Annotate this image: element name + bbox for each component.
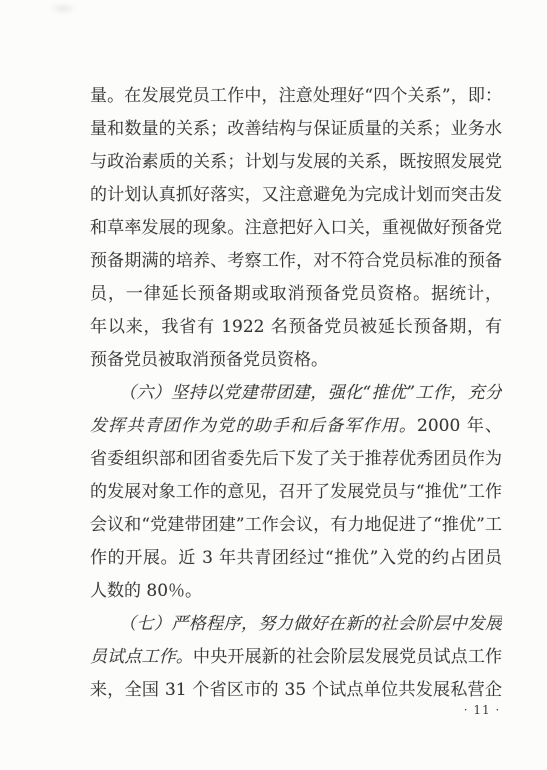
- text-line: 的计划认真抓好落实，又注意避免为完成计划而突击发展: [90, 179, 502, 212]
- line-text: 预备党员被取消预备党员资格。: [90, 350, 328, 370]
- text-line: 作的开展。近 3 年共青团经过“推优”入党的约占团员入党: [90, 542, 502, 575]
- line-text: 的计划认真抓好落实，又注意避免为完成计划而突击发展: [90, 185, 502, 212]
- text-line: 的发展对象工作的意见，召开了发展党员与“推优”工作: [90, 476, 502, 509]
- emphasis-text: （六）坚持以党建带团建，强化“推优”工作，充分: [119, 383, 502, 403]
- text-line: 员，一律延长预备期或取消预备党员资格。据统计，2001: [90, 278, 502, 311]
- text-line: 量。在发展党员工作中，注意处理好“四个关系”，即：质: [90, 80, 502, 113]
- text-line: 发挥共青团作为党的助手和后备军作用。2000 年、2002 年: [90, 410, 502, 443]
- scan-smudge: [48, 2, 78, 15]
- text-line: 预备期满的培养、考察工作，对不符合党员标准的预备党: [90, 245, 502, 278]
- page-number: · 11 ·: [452, 703, 512, 718]
- text-line: 与政治素质的关系；计划与发展的关系，既按照发展党员: [90, 146, 502, 179]
- line-text: 的发展对象工作的意见，召开了发展党员与“推优”工作: [90, 482, 502, 502]
- text-line: 会议和“党建带团建”工作会议，有力地促进了“推优”工: [90, 509, 502, 542]
- line-text: 员，一律延长预备期或取消预备党员资格。据统计，2001: [90, 284, 502, 311]
- text-line: 预备党员被取消预备党员资格。: [90, 344, 502, 377]
- line-text: 人数的 80％。: [90, 581, 202, 601]
- emphasis-text: 员试点工作。: [90, 647, 193, 667]
- text-block: 量。在发展党员工作中，注意处理好“四个关系”，即：质 量和数量的关系；改善结构与…: [90, 80, 502, 707]
- line-text: 与政治素质的关系；计划与发展的关系，既按照发展党员: [90, 152, 502, 179]
- line-text: 作的开展。近 3 年共青团经过“推优”入党的约占团员入党: [90, 548, 502, 575]
- text-line: 和草率发展的现象。注意把好入口关，重视做好预备党员: [90, 212, 502, 245]
- line-text: 和草率发展的现象。注意把好入口关，重视做好预备党员: [90, 218, 502, 245]
- text-line: 省委组织部和团省委先后下发了关于推荐优秀团员作为党: [90, 443, 502, 476]
- text-line: 来，全国 31 个省区市的 35 个试点单位共发展私营企业主: [90, 674, 502, 707]
- line-text: 年以来，我省有 1922 名预备党员被延长预备期，有 1375 名: [90, 317, 502, 344]
- document-page: 量。在发展党员工作中，注意处理好“四个关系”，即：质 量和数量的关系；改善结构与…: [0, 0, 547, 770]
- line-text: 量。在发展党员工作中，注意处理好“四个关系”，即：质: [90, 86, 502, 113]
- emphasis-text: （七）严格程序，努力做好在新的社会阶层中发展党: [119, 614, 502, 641]
- section-heading-line: （七）严格程序，努力做好在新的社会阶层中发展党: [90, 608, 502, 641]
- line-text: 预备期满的培养、考察工作，对不符合党员标准的预备党: [90, 251, 502, 278]
- line-text: 量和数量的关系；改善结构与保证质量的关系；业务水平: [90, 119, 502, 146]
- line-text: 会议和“党建带团建”工作会议，有力地促进了“推优”工: [90, 515, 502, 535]
- text-line: 员试点工作。中央开展新的社会阶层发展党员试点工作以: [90, 641, 502, 674]
- text-line: 量和数量的关系；改善结构与保证质量的关系；业务水平: [90, 113, 502, 146]
- line-text: 省委组织部和团省委先后下发了关于推荐优秀团员作为党: [90, 449, 502, 476]
- text-line: 年以来，我省有 1922 名预备党员被延长预备期，有 1375 名: [90, 311, 502, 344]
- text-line: 人数的 80％。: [90, 575, 502, 608]
- section-heading-line: （六）坚持以党建带团建，强化“推优”工作，充分: [90, 377, 502, 410]
- line-text: 来，全国 31 个省区市的 35 个试点单位共发展私营企业主: [90, 680, 502, 707]
- emphasis-text: 发挥共青团作为党的助手和后备军作用。: [90, 416, 417, 436]
